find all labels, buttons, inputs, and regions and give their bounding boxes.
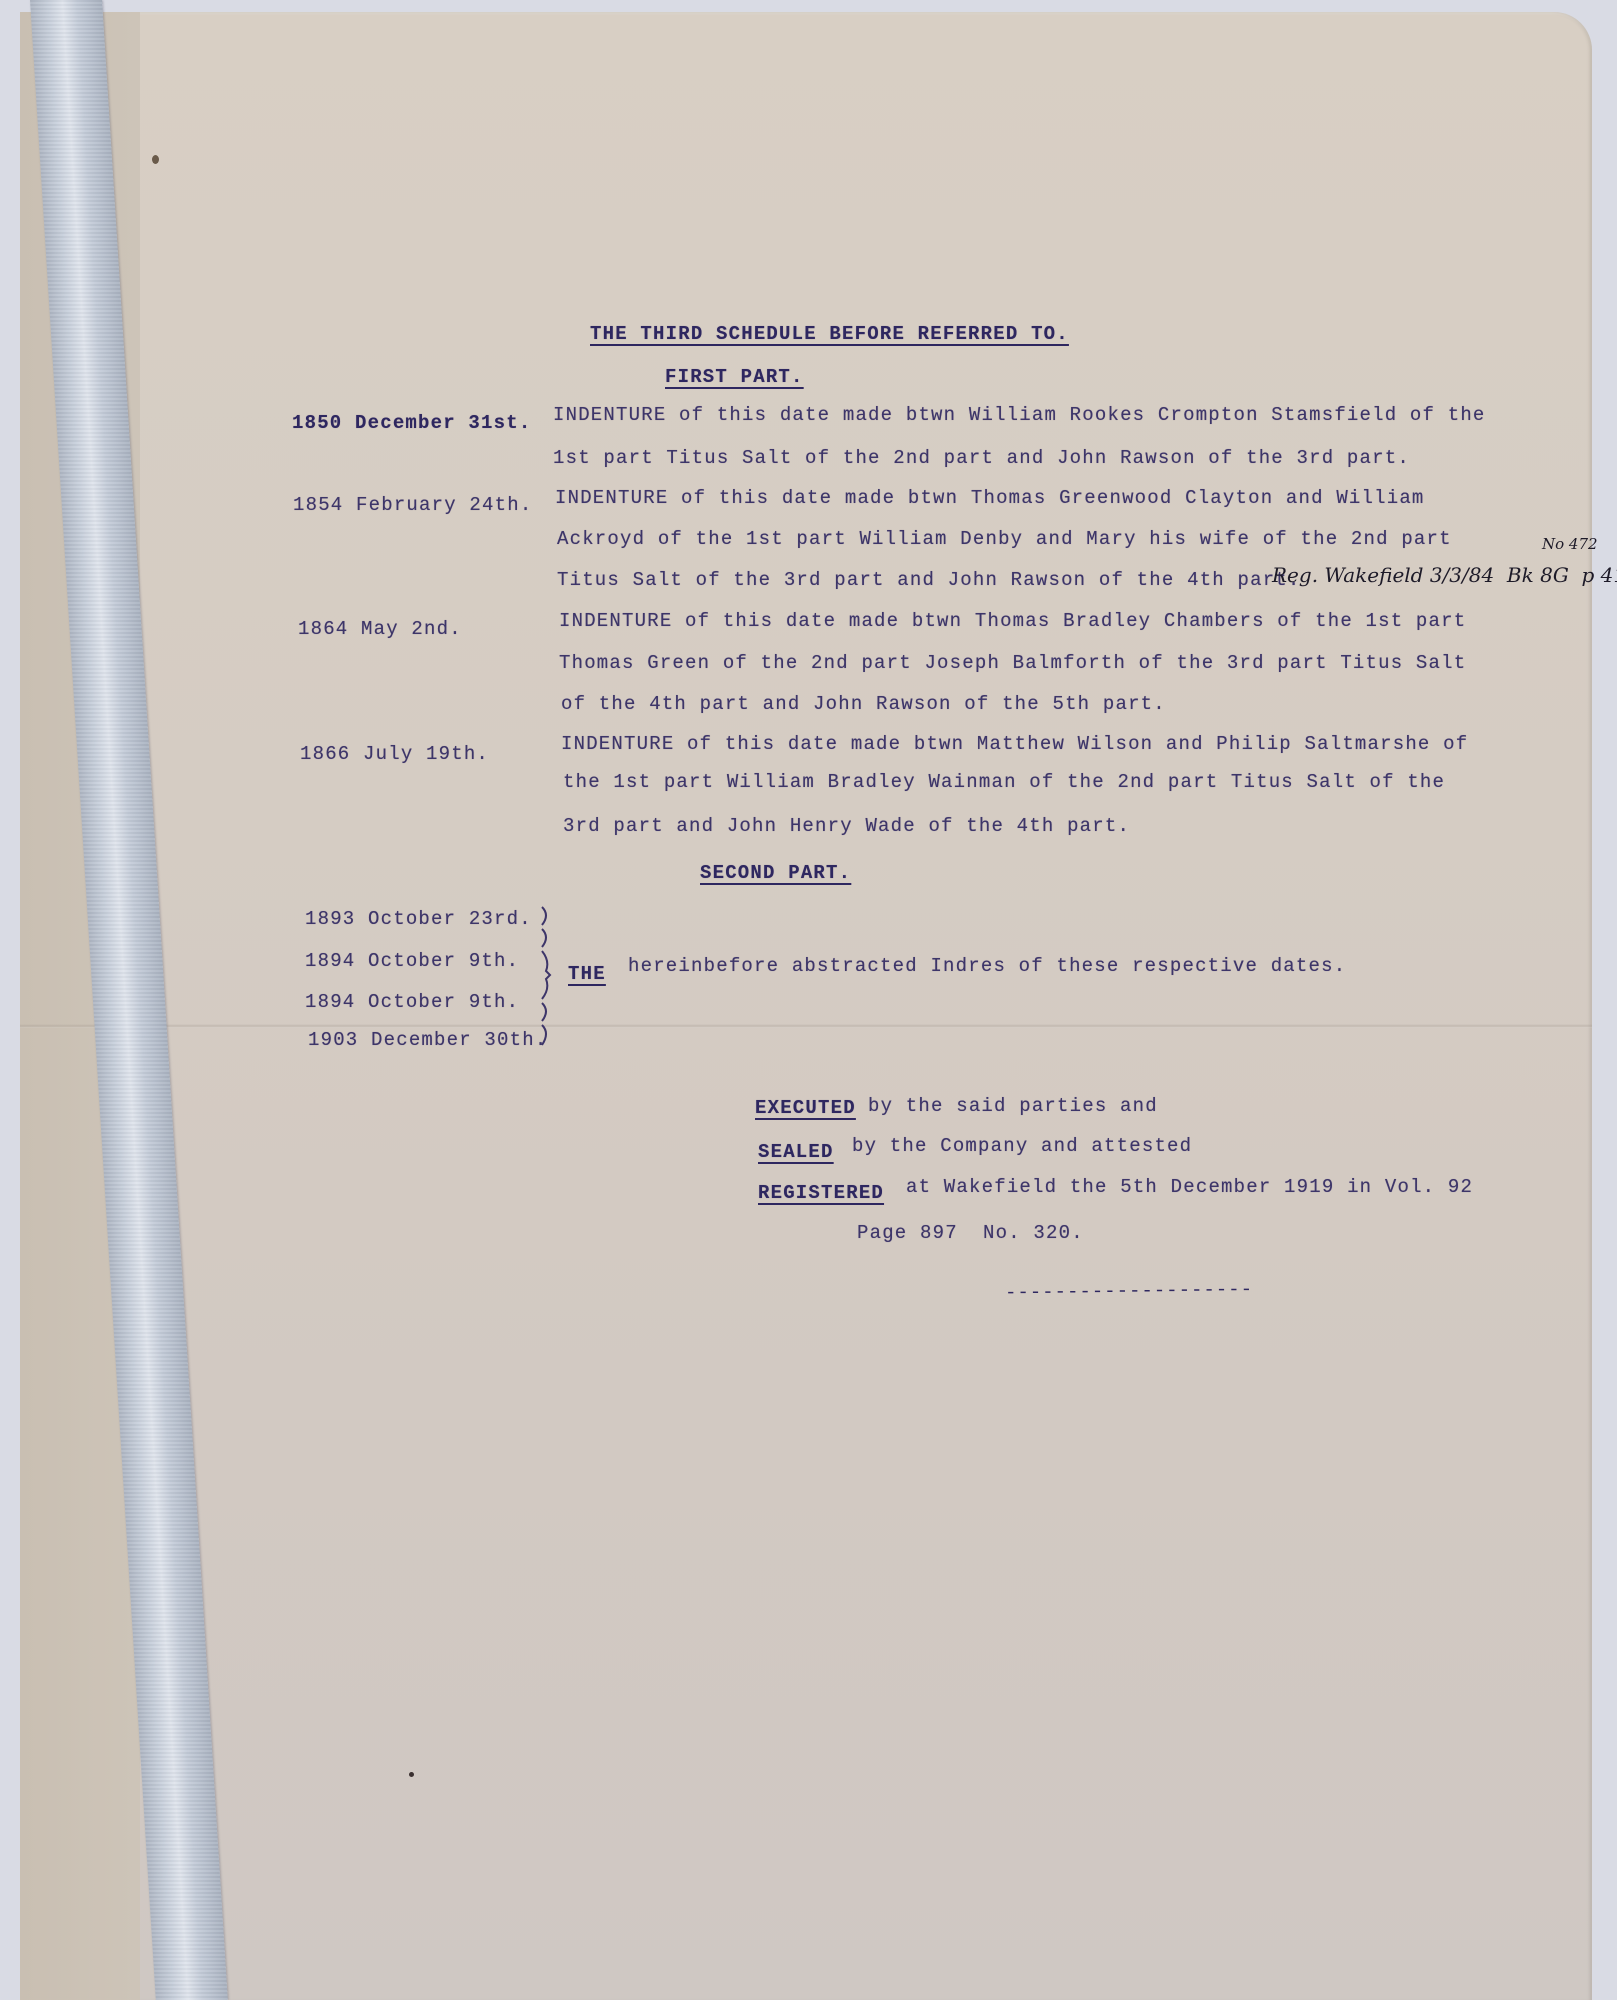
sealed-text: by the Company and attested [852, 1137, 1192, 1156]
entry-line: 3rd part and John Henry Wade of the 4th … [563, 817, 1130, 836]
closing-dashed-rule: -------------------- [1005, 1278, 1253, 1303]
entry-date: 1893 October 23rd. [305, 910, 532, 929]
entry-line: of the 4th part and John Rawson of the 5… [561, 695, 1166, 714]
entry-line: INDENTURE of this date made btwn Matthew… [561, 735, 1468, 754]
brace-lead-word: THE [568, 965, 606, 984]
entry-date: 1894 October 9th. [305, 993, 519, 1012]
entry-line: INDENTURE of this date made btwn Thomas … [555, 489, 1425, 508]
registered-text: at Wakefield the 5th December 1919 in Vo… [906, 1178, 1473, 1197]
paper-blemish [152, 155, 159, 164]
executed-label: EXECUTED [755, 1099, 856, 1118]
first-part-heading: FIRST PART. [665, 368, 804, 387]
entry-line: Ackroyd of the 1st part William Denby an… [557, 530, 1452, 549]
brace-text: hereinbefore abstracted Indres of these … [628, 957, 1346, 976]
entry-line: Thomas Green of the 2nd part Joseph Balm… [559, 654, 1466, 673]
entry-date: 1866 July 19th. [300, 745, 489, 764]
executed-text: by the said parties and [868, 1097, 1158, 1116]
handwritten-registration-number: No 472 [1542, 535, 1598, 553]
entry-line: INDENTURE of this date made btwn Thomas … [559, 612, 1466, 631]
entry-line: INDENTURE of this date made btwn William… [553, 406, 1486, 425]
bracket-icon [538, 905, 558, 1050]
entry-date: 1850 December 31st. [292, 414, 531, 433]
second-part-heading: SECOND PART. [700, 864, 851, 883]
handwritten-registration-note: Reg. Wakefield 3/3/84 Bk 8G p 414 [1272, 563, 1617, 587]
page-number-line: Page 897 No. 320. [857, 1224, 1084, 1243]
paper-sheet [20, 12, 1592, 2000]
entry-line: Titus Salt of the 3rd part and John Raws… [557, 571, 1301, 590]
entry-date: 1854 February 24th. [293, 496, 532, 515]
entry-date: 1903 December 30th. [308, 1031, 547, 1050]
entry-date: 1894 October 9th. [305, 952, 519, 971]
registered-label: REGISTERED [758, 1184, 900, 1203]
entry-line: the 1st part William Bradley Wainman of … [563, 773, 1445, 792]
entry-line: 1st part Titus Salt of the 2nd part and … [553, 449, 1410, 468]
schedule-title: THE THIRD SCHEDULE BEFORE REFERRED TO. [590, 325, 1069, 344]
sealed-label: SEALED [758, 1143, 858, 1162]
entry-date: 1864 May 2nd. [298, 620, 462, 639]
paper-blemish [409, 1772, 414, 1777]
paper-fold-crease [20, 1024, 1592, 1028]
